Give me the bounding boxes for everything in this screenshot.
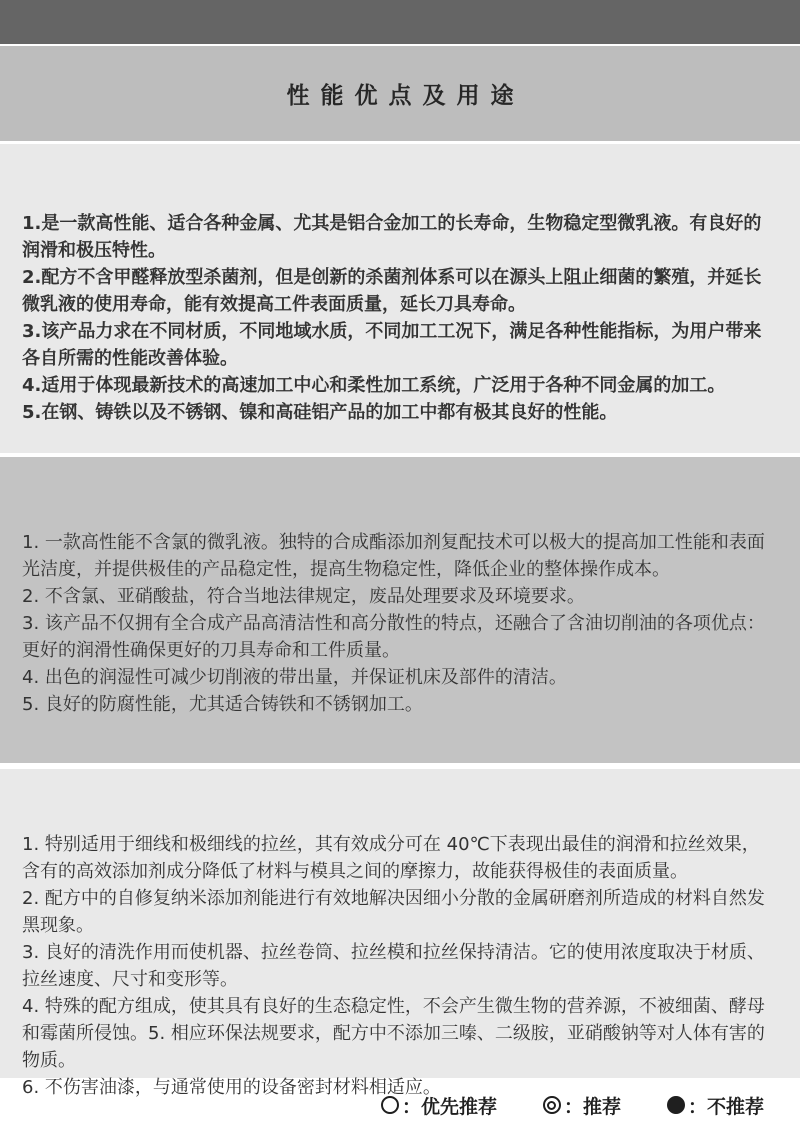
- section-chlorine-free-features: 1. 一款高性能不含氯的微乳液。独特的合成酯添加剂复配技术可以极大的提高加工性能…: [0, 457, 800, 763]
- feature-paragraph: 1. 特别适用于细线和极细线的拉丝，其有效成分可在 40℃下表现出最佳的润滑和拉…: [22, 831, 776, 885]
- legend-item-preferred: ：优先推荐: [381, 1092, 497, 1119]
- feature-paragraph: 2. 不含氯、亚硝酸盐，符合当地法律规定，废品处理要求及环境要求。: [22, 583, 776, 610]
- feature-paragraph: 1. 一款高性能不含氯的微乳液。独特的合成酯添加剂复配技术可以极大的提高加工性能…: [22, 529, 776, 583]
- feature-paragraph: 5. 良好的防腐性能，尤其适合铸铁和不锈钢加工。: [22, 691, 776, 718]
- feature-paragraph: 4. 特殊的配方组成，使其具有良好的生态稳定性，不会产生微生物的营养源，不被细菌…: [22, 993, 776, 1074]
- legend-label: ：不推荐: [688, 1092, 764, 1119]
- legend-item-not-recommended: ：不推荐: [667, 1092, 764, 1119]
- feature-paragraph: 1.是一款高性能、适合各种金属、尤其是铝合金加工的长寿命，生物稳定型微乳液。有良…: [22, 210, 776, 264]
- feature-paragraph: 2.配方不含甲醛释放型杀菌剂，但是创新的杀菌剂体系可以在源头上阻止细菌的繁殖，并…: [22, 264, 776, 318]
- feature-paragraph: 4.适用于体现最新技术的高速加工中心和柔性加工系统，广泛用于各种不同金属的加工。: [22, 372, 776, 399]
- feature-paragraph: 3. 良好的清洗作用而使机器、拉丝卷筒、拉丝模和拉丝保持清洁。它的使用浓度取决于…: [22, 939, 776, 993]
- feature-paragraph: 5.在钢、铸铁以及不锈钢、镍和高硅铝产品的加工中都有极其良好的性能。: [22, 399, 776, 426]
- circle-outline-icon: [381, 1096, 399, 1114]
- feature-paragraph: 4. 出色的润湿性可减少切削液的带出量，并保证机床及部件的清洁。: [22, 664, 776, 691]
- feature-paragraph: 3.该产品力求在不同材质，不同地域水质，不同加工工况下，满足各种性能指标，为用户…: [22, 318, 776, 372]
- brochure-page: 性能优点及用途 1.是一款高性能、适合各种金属、尤其是铝合金加工的长寿命，生物稳…: [0, 0, 800, 1132]
- top-dark-bar: [0, 0, 800, 44]
- feature-paragraph: 2. 配方中的自修复纳米添加剂能进行有效地解决因细小分散的金属研磨剂所造成的材料…: [22, 885, 776, 939]
- title-band: 性能优点及用途: [0, 46, 800, 141]
- legend-label: ：优先推荐: [402, 1092, 497, 1119]
- legend-item-recommended: ：推荐: [543, 1092, 621, 1119]
- legend-label: ：推荐: [564, 1092, 621, 1119]
- circle-double-icon: [543, 1096, 561, 1114]
- section-wire-drawing-features: 1. 特别适用于细线和极细线的拉丝，其有效成分可在 40℃下表现出最佳的润滑和拉…: [0, 769, 800, 1078]
- page-title: 性能优点及用途: [276, 77, 525, 110]
- circle-filled-icon: [667, 1096, 685, 1114]
- feature-paragraph: 3. 该产品不仅拥有全合成产品高清洁性和高分散性的特点，还融合了含油切削油的各项…: [22, 610, 776, 664]
- section-micro-emulsion-features: 1.是一款高性能、适合各种金属、尤其是铝合金加工的长寿命，生物稳定型微乳液。有良…: [0, 144, 800, 453]
